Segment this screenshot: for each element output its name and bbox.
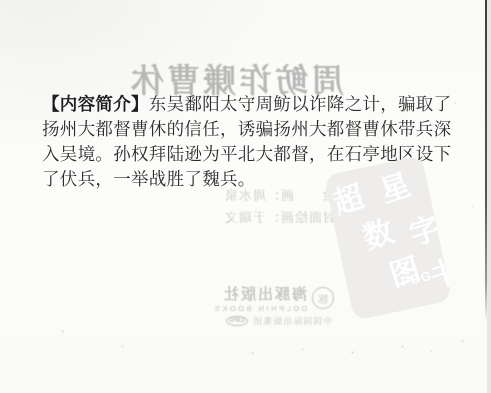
scanned-book-page: 周鲂诈赚曹休 【内容简介】东吴鄱阳太守周鲂以诈降之计，骗取了 扬州大都督曹休的信… xyxy=(0,0,491,393)
scan-edge-strip xyxy=(487,0,491,393)
intro-heading: 【内容简介】 xyxy=(42,94,149,114)
publisher-top-row: 豚 海豚出版社 DOLPHIN BOOKS xyxy=(192,283,334,313)
dolphin-logo-glyph: 豚 xyxy=(318,291,328,306)
intro-line-2: 扬州大都督曹休的信任，诱骗扬州大都督曹休带兵深 xyxy=(42,117,462,142)
publisher-names: 海豚出版社 DOLPHIN BOOKS xyxy=(212,283,307,313)
scan-edge-line xyxy=(485,0,487,322)
publisher-group-row: 中国国际出版集团 CIPG xyxy=(192,315,332,327)
bleedthrough-publisher: 豚 海豚出版社 DOLPHIN BOOKS 中国国际出版集团 CIPG xyxy=(192,283,334,327)
intro-line-1: 【内容简介】东吴鄱阳太守周鲂以诈降之计，骗取了 xyxy=(42,92,462,117)
publisher-group-name: 中国国际出版集团 xyxy=(252,315,332,327)
cipg-badge: CIPG xyxy=(226,316,248,327)
bleedthrough-title: 周鲂诈赚曹休 xyxy=(124,55,348,95)
credit-line-cover: 封面绘画：于瑞文 xyxy=(184,207,336,229)
publisher-name-cn: 海豚出版社 xyxy=(212,283,307,304)
dolphin-logo-icon: 豚 xyxy=(312,287,334,309)
publisher-name-en: DOLPHIN BOOKS xyxy=(212,304,307,313)
credit-line-illustrator: 绘 画：周水泉 xyxy=(184,185,336,207)
intro-line-1-text: 东吴鄱阳太守周鲂以诈降之计，骗取了 xyxy=(149,94,452,114)
paper-specks xyxy=(0,0,1,1)
bleedthrough-credits: 绘 画：周水泉 封面绘画：于瑞文 xyxy=(184,185,336,229)
seal-glyph-2: 星 xyxy=(373,160,415,211)
